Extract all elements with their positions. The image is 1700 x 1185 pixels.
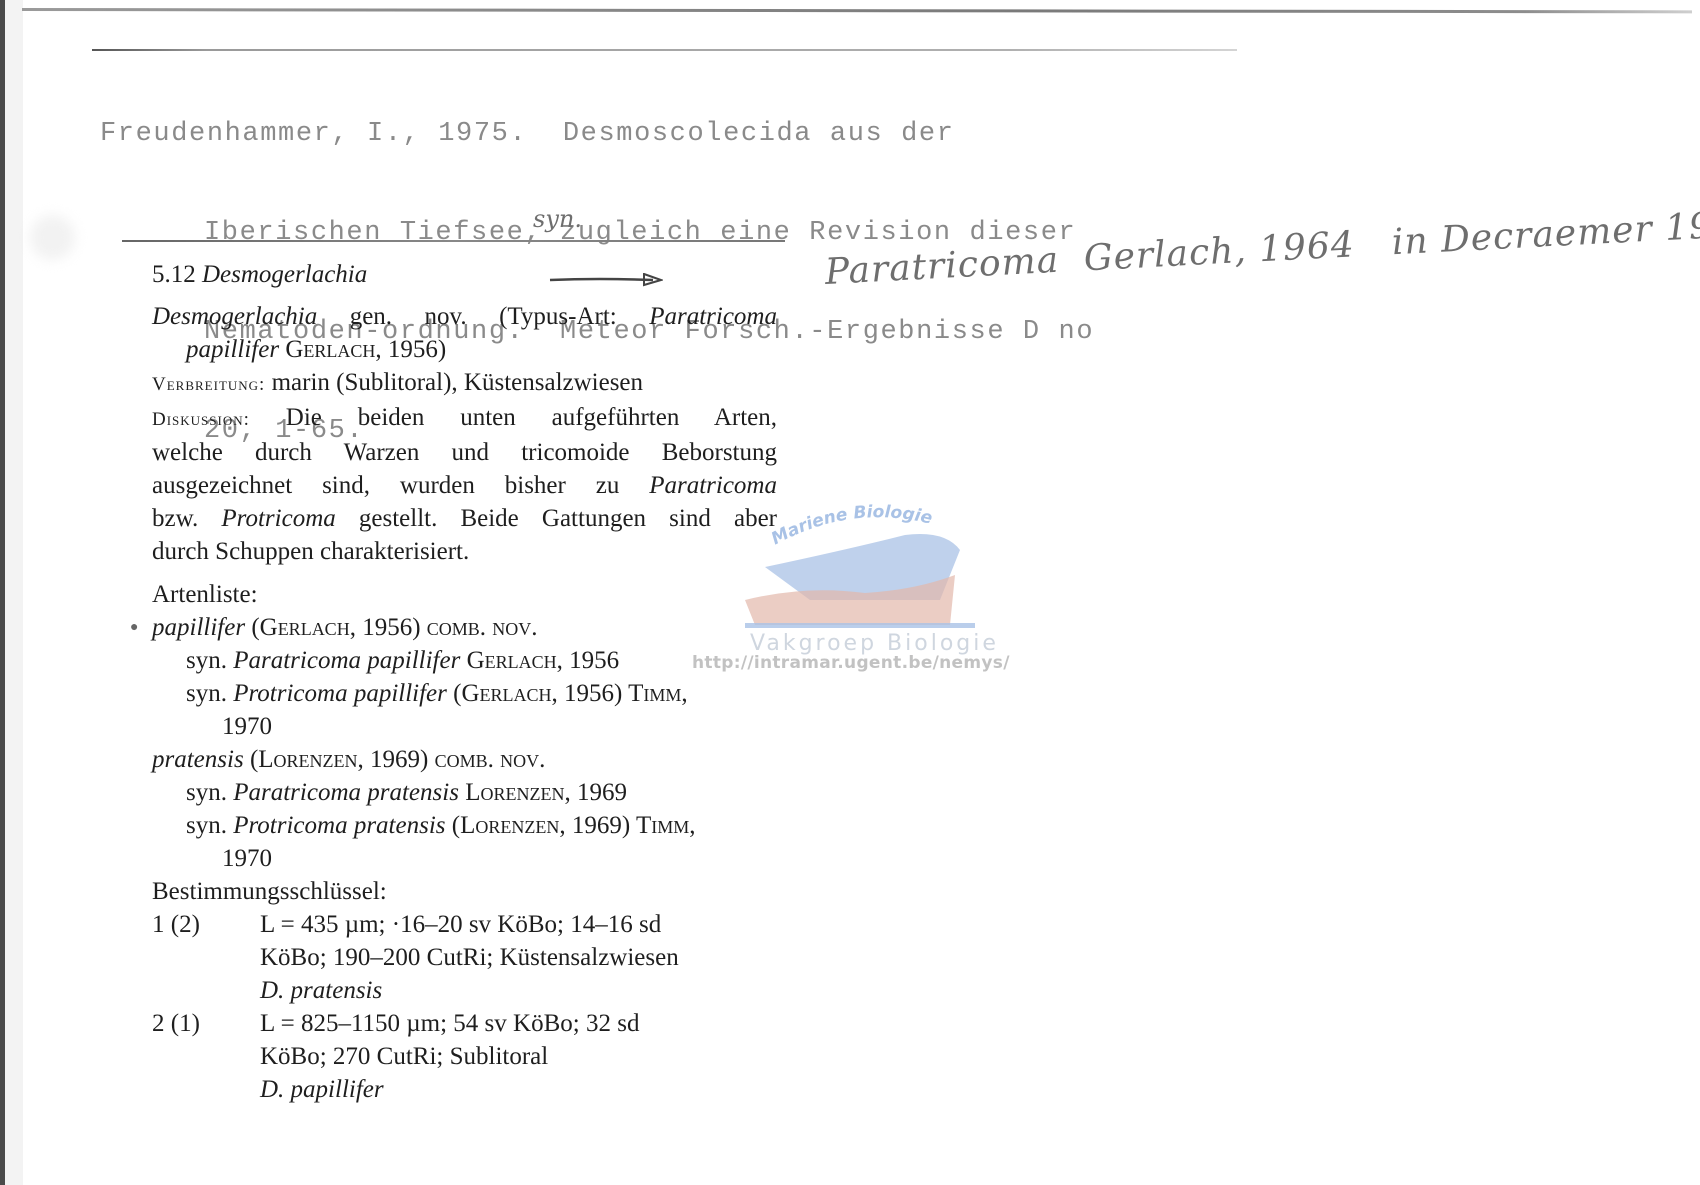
genus-ref-paratricoma: Paratricoma: [649, 472, 777, 499]
verbreitung-text: marin (Sublitoral), Küstensalzwiesen: [265, 369, 643, 396]
key-text: L = 825–1150 µm; 54 sv KöBo; 32 sd KöBo;…: [260, 1007, 777, 1106]
key-number: 2 (1): [152, 1007, 260, 1106]
genus-ref-protricoma: Protricoma: [221, 505, 335, 532]
diskussion-label: Diskussion:: [152, 409, 250, 430]
syn-author: Gerlach, 1956: [460, 647, 619, 674]
species-name: papillifer: [152, 614, 245, 641]
citation-line-1: Freudenhammer, I., 1975. Desmoscolecida …: [100, 118, 1094, 151]
type-species-genus: Paratricoma: [649, 303, 777, 330]
syn-prefix: syn.: [186, 779, 233, 806]
book-excerpt: 5.12 Desmogerlachia Desmogerlachia gen. …: [152, 258, 777, 1106]
syn-prefix: syn.: [186, 680, 233, 707]
syn-author: (Lorenzen, 1969) Timm,: [446, 812, 696, 839]
diskussion-line-4: bzw. Protricoma gestellt. Beide Gattunge…: [152, 502, 777, 535]
diskussion-text: Die beiden unten aufgeführten Arten,: [250, 404, 777, 431]
species-name: pratensis: [152, 746, 244, 773]
diskussion-line-3: ausgezeichnet sind, wurden bisher zu Par…: [152, 469, 777, 502]
type-species-year: , 1956): [375, 336, 446, 363]
type-species-epithet: papillifer: [186, 336, 279, 363]
synonym-row: syn. Paratricoma papillifer Gerlach, 195…: [152, 644, 777, 677]
genus-intro-text: gen. nov. (Typus-Art:: [317, 303, 649, 330]
key-line: KöBo; 270 CutRi; Sublitoral: [260, 1040, 777, 1073]
syn-name: Paratricoma papillifer: [233, 647, 460, 674]
card-top-edge: [22, 8, 1692, 13]
scan-smudge: [30, 215, 75, 260]
section-number: 5.12: [152, 261, 196, 288]
species-author: (Lorenzen, 1969) comb. nov.: [244, 746, 546, 773]
genus-intro-line-2: papillifer Gerlach, 1956): [152, 333, 777, 366]
diskussion-line-1: Diskussion: Die beiden unten aufgeführte…: [152, 401, 777, 436]
key-label: Bestimmungsschlüssel:: [152, 875, 777, 908]
key-couplet-2: 2 (1) L = 825–1150 µm; 54 sv KöBo; 32 sd…: [152, 1007, 777, 1106]
key-line: L = 825–1150 µm; 54 sv KöBo; 32 sd: [260, 1007, 777, 1040]
species-author: (Gerlach, 1956) comb. nov.: [245, 614, 537, 641]
svg-text:Mariene Biologie: Mariene Biologie: [768, 502, 934, 549]
diskussion-text: bzw.: [152, 505, 221, 532]
verbreitung-label: Verbreitung:: [152, 374, 265, 395]
key-line: L = 435 µm; ·16–20 sv KöBo; 14–16 sd: [260, 908, 777, 941]
diskussion-text: gestellt. Beide Gattungen sind aber: [336, 505, 777, 532]
syn-name: Protricoma pratensis: [233, 812, 445, 839]
key-line: KöBo; 190–200 CutRi; Küstensalzwiesen: [260, 941, 777, 974]
syn-author: Lorenzen, 1969: [459, 779, 627, 806]
syn-name: Protricoma papillifer: [233, 680, 447, 707]
synonym-continuation: 1970: [152, 842, 777, 875]
syn-name: Paratricoma pratensis: [233, 779, 459, 806]
synonym-row: syn. Paratricoma pratensis Lorenzen, 196…: [152, 776, 777, 809]
syn-prefix: syn.: [186, 812, 233, 839]
species-pratensis: pratensis (Lorenzen, 1969) comb. nov.: [152, 743, 777, 776]
key-couplet-1: 1 (2) L = 435 µm; ·16–20 sv KöBo; 14–16 …: [152, 908, 777, 1007]
bullet-mark-icon: ●: [130, 611, 138, 644]
diskussion-text: ausgezeichnet sind, wurden bisher zu: [152, 472, 649, 499]
synonym-continuation: 1970: [152, 710, 777, 743]
species-papillifer: ● papillifer (Gerlach, 1956) comb. nov.: [152, 611, 777, 644]
syn-prefix: syn.: [186, 647, 233, 674]
genus-name: Desmogerlachia: [152, 303, 317, 330]
scan-margin-left: [5, 0, 23, 1185]
artenliste-label: Artenliste:: [152, 578, 777, 611]
key-result: D. pratensis: [260, 974, 777, 1007]
diskussion-line-2: welche durch Warzen und tricomoide Bebor…: [152, 436, 777, 469]
key-number: 1 (2): [152, 908, 260, 1007]
handwritten-syn-note: syn.: [533, 205, 582, 233]
diskussion-line-5: durch Schuppen charakterisiert.: [152, 535, 777, 568]
section-genus: Desmogerlachia: [202, 261, 367, 288]
key-result: D. papillifer: [260, 1073, 777, 1106]
section-heading: 5.12 Desmogerlachia: [152, 258, 777, 291]
section-rule: [122, 240, 785, 242]
syn-author: (Gerlach, 1956) Timm,: [447, 680, 688, 707]
key-text: L = 435 µm; ·16–20 sv KöBo; 14–16 sd KöB…: [260, 908, 777, 1007]
verbreitung-line: Verbreitung: marin (Sublitoral), Küstens…: [152, 366, 777, 401]
genus-intro-line-1: Desmogerlachia gen. nov. (Typus-Art: Par…: [152, 300, 777, 333]
citation-rule: [92, 49, 1237, 51]
synonym-row: syn. Protricoma pratensis (Lorenzen, 196…: [152, 809, 777, 842]
watermark-arc-text: Mariene Biologie: [768, 502, 934, 549]
synonym-row: syn. Protricoma papillifer (Gerlach, 195…: [152, 677, 777, 710]
type-species-author: Gerlach: [285, 336, 375, 363]
